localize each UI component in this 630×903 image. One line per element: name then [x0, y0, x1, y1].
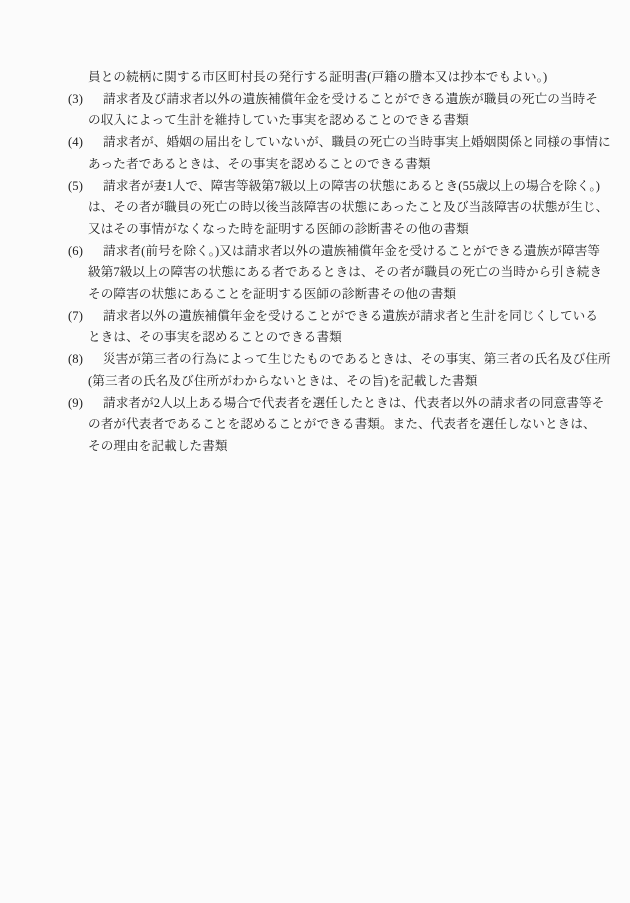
item-first-line: (6)請求者(前号を除く。)又は請求者以外の遺族補償年金を受けることができる遺族…	[0, 241, 630, 263]
item-number: (3)	[68, 89, 103, 111]
item-first-line: (9)請求者が2人以上ある場合で代表者を選任したときは、代表者以外の請求者の同意…	[0, 393, 630, 415]
list-item-3: (3)請求者及び請求者以外の遺族補償年金を受けることができる遺族が職員の死亡の当…	[0, 89, 630, 132]
list-item-4: (4)請求者が、婚姻の届出をしていないが、職員の死亡の当時事実上婚姻関係と同様の…	[0, 132, 630, 175]
list-item-7: (7)請求者以外の遺族補償年金を受けることができる遺族が請求者と生計を同じくして…	[0, 306, 630, 349]
item-first-line: (4)請求者が、婚姻の届出をしていないが、職員の死亡の当時事実上婚姻関係と同様の…	[0, 132, 630, 154]
item-text: 請求者(前号を除く。)又は請求者以外の遺族補償年金を受けることができる遺族が障害…	[103, 244, 600, 258]
list-item-8: (8)災害が第三者の行為によって生じたものであるときは、その事実、第三者の氏名及…	[0, 349, 630, 392]
item-wrap-line: 又はその事情がなくなった時を証明する医師の診断書その他の書類	[0, 219, 630, 241]
item-text: 請求者が妻1人で、障害等級第7級以上の障害の状態にあるとき(55歳以上の場合を除…	[103, 179, 600, 193]
document-content: 員との続柄に関する市区町村長の発行する証明書(戸籍の謄本又は抄本でもよい。) (…	[0, 67, 630, 458]
item-wrap-line: 級第7級以上の障害の状態にある者であるときは、その者が職員の死亡の当時から引き続…	[0, 262, 630, 284]
item-wrap-line: その障害の状態にあることを証明する医師の診断書その他の書類	[0, 284, 630, 306]
item-number: (9)	[68, 393, 103, 415]
item-text: 請求者以外の遺族補償年金を受けることができる遺族が請求者と生計を同じくしている	[103, 309, 598, 323]
item-wrap-line: の者が代表者であることを認めることができる書類。また、代表者を選任しないときは、	[0, 414, 630, 436]
list-item-6: (6)請求者(前号を除く。)又は請求者以外の遺族補償年金を受けることができる遺族…	[0, 241, 630, 306]
item-wrap-line: その理由を記載した書類	[0, 436, 630, 458]
item-wrap-line: は、その者が職員の死亡の時以後当該障害の状態にあったこと及び当該障害の状態が生じ…	[0, 197, 630, 219]
continuation-line: 員との続柄に関する市区町村長の発行する証明書(戸籍の謄本又は抄本でもよい。)	[0, 67, 630, 89]
item-number: (8)	[68, 349, 103, 371]
item-first-line: (3)請求者及び請求者以外の遺族補償年金を受けることができる遺族が職員の死亡の当…	[0, 89, 630, 111]
item-text: 災害が第三者の行為によって生じたものであるときは、その事実、第三者の氏名及び住所	[103, 352, 611, 366]
item-first-line: (5)請求者が妻1人で、障害等級第7級以上の障害の状態にあるとき(55歳以上の場…	[0, 176, 630, 198]
item-number: (7)	[68, 306, 103, 328]
item-first-line: (8)災害が第三者の行為によって生じたものであるときは、その事実、第三者の氏名及…	[0, 349, 630, 371]
item-number: (5)	[68, 176, 103, 198]
list-item-5: (5)請求者が妻1人で、障害等級第7級以上の障害の状態にあるとき(55歳以上の場…	[0, 176, 630, 241]
item-text: 請求者及び請求者以外の遺族補償年金を受けることができる遺族が職員の死亡の当時そ	[103, 92, 598, 106]
list-item-9: (9)請求者が2人以上ある場合で代表者を選任したときは、代表者以外の請求者の同意…	[0, 393, 630, 458]
item-wrap-line: あった者であるときは、その事実を認めることのできる書類	[0, 154, 630, 176]
item-wrap-line: ときは、その事実を認めることのできる書類	[0, 327, 630, 349]
document-page: 員との続柄に関する市区町村長の発行する証明書(戸籍の謄本又は抄本でもよい。) (…	[0, 0, 630, 903]
item-first-line: (7)請求者以外の遺族補償年金を受けることができる遺族が請求者と生計を同じくして…	[0, 306, 630, 328]
item-text: 請求者が、婚姻の届出をしていないが、職員の死亡の当時事実上婚姻関係と同様の事情に	[103, 135, 611, 149]
item-text: 請求者が2人以上ある場合で代表者を選任したときは、代表者以外の請求者の同意書等そ	[103, 396, 604, 410]
item-wrap-line: の収入によって生計を維持していた事実を認めることのできる書類	[0, 110, 630, 132]
item-number: (4)	[68, 132, 103, 154]
item-number: (6)	[68, 241, 103, 263]
item-wrap-line: (第三者の氏名及び住所がわからないときは、その旨)を記載した書類	[0, 371, 630, 393]
